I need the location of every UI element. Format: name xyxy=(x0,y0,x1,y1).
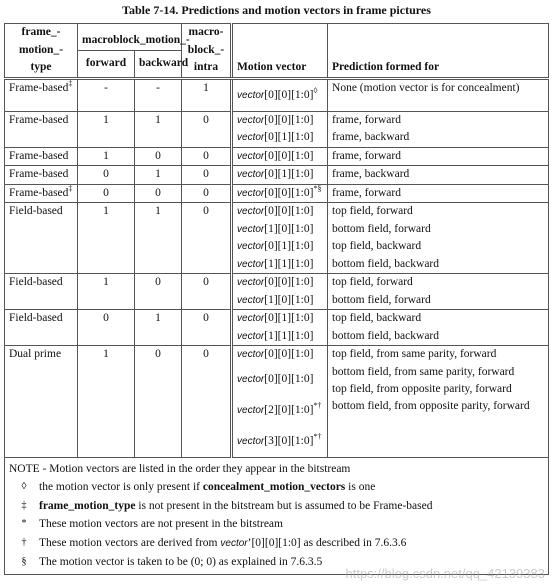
cell-forward: 0 xyxy=(78,310,135,346)
motion-vector-entry: vector[0][0][1:0]◊ xyxy=(237,80,323,111)
cell-motion-vector: vector[0][1][1:0]vector[1][1][1:0] xyxy=(232,310,328,346)
table-row: Field-based010vector[0][1][1:0]vector[1]… xyxy=(5,310,549,346)
footnote-symbol: ‡ xyxy=(9,497,39,516)
motion-vector-entry: vector[0][1][1:0] xyxy=(237,238,323,256)
footnote-marker: *† xyxy=(313,401,321,410)
cell-intra: 0 xyxy=(182,274,232,310)
cell-frame-motion-type: Frame-based xyxy=(5,166,78,185)
header-forward: forward xyxy=(78,50,135,78)
cell-backward: 1 xyxy=(135,310,182,346)
cell-frame-motion-type: Frame-based xyxy=(5,147,78,166)
cell-intra: 0 xyxy=(182,111,232,147)
cell-prediction: top field, forwardbottom field, forward xyxy=(328,274,549,310)
cell-prediction: top field, forwardbottom field, forwardt… xyxy=(328,203,549,274)
cell-backward: 0 xyxy=(135,147,182,166)
notes-section: NOTE - Motion vectors are listed in the … xyxy=(5,457,549,574)
footnote-item: ‡frame_motion_type is not present in the… xyxy=(9,497,544,516)
prediction-entry: None (motion vector is for concealment) xyxy=(332,80,544,97)
footnote-symbol: † xyxy=(9,534,39,554)
cell-prediction: None (motion vector is for concealment) xyxy=(328,78,549,111)
header-macroblock-intra: macro- block_- intra xyxy=(182,24,232,79)
cell-motion-vector: vector[0][0][1:0] xyxy=(232,147,328,166)
cell-motion-vector: vector[0][0][1:0]vector[1][0][1:0] xyxy=(232,274,328,310)
table-title: Table 7-14. Predictions and motion vecto… xyxy=(0,3,553,18)
footnote-marker: ‡ xyxy=(68,184,72,193)
cell-frame-motion-type: Field-based xyxy=(5,310,78,346)
footnote-marker: ◊ xyxy=(313,86,317,95)
cell-intra: 0 xyxy=(182,184,232,203)
cell-frame-motion-type: Field-based xyxy=(5,203,78,274)
table-row: Dual prime100vector[0][0][1:0]vector[0][… xyxy=(5,346,549,458)
footnote-item: *These motion vectors are not present in… xyxy=(9,515,544,534)
footnote-item: ◊the motion vector is only present if co… xyxy=(9,478,544,497)
table-row: Field-based100vector[0][0][1:0]vector[1]… xyxy=(5,274,549,310)
motion-vector-entry: vector[0][0][1:0] xyxy=(237,346,323,364)
cell-forward: 1 xyxy=(78,346,135,458)
footnote-symbol: ◊ xyxy=(9,478,39,497)
cell-intra: 0 xyxy=(182,346,232,458)
prediction-entry: top field, backward xyxy=(332,238,544,256)
cell-forward: 1 xyxy=(78,274,135,310)
motion-vector-entry: vector[0][0][1:0] xyxy=(237,364,323,395)
footnote-item: †These motion vectors are derived from v… xyxy=(9,534,544,554)
cell-intra: 1 xyxy=(182,78,232,111)
cell-frame-motion-type: Field-based xyxy=(5,274,78,310)
predictions-table: frame_- motion_- type macroblock_motion_… xyxy=(4,23,549,575)
table-row: Frame-based110vector[0][0][1:0]vector[0]… xyxy=(5,111,549,147)
table-row: Frame-based010vector[0][1][1:0]frame, ba… xyxy=(5,166,549,185)
footnote-symbol: * xyxy=(9,515,39,534)
header-motion-vector: Motion vector xyxy=(232,24,328,79)
prediction-entry: top field, from same parity, forward xyxy=(332,346,544,364)
cell-backward: 0 xyxy=(135,184,182,203)
cell-backward: 0 xyxy=(135,274,182,310)
header-macroblock-motion: macroblock_motion_- xyxy=(78,24,182,51)
cell-intra: 0 xyxy=(182,310,232,346)
cell-prediction: frame, forward xyxy=(328,184,549,203)
prediction-entry: frame, forward xyxy=(332,112,544,130)
prediction-entry: top field, from opposite parity, forward xyxy=(332,381,544,398)
prediction-entry: bottom field, from same parity, forward xyxy=(332,364,544,381)
motion-vector-entry: vector[0][0][1:0] xyxy=(237,148,323,166)
motion-vector-entry: vector[0][0][1:0] xyxy=(237,112,323,130)
cell-backward: 1 xyxy=(135,203,182,274)
header-prediction: Prediction formed for xyxy=(328,24,549,79)
cell-motion-vector: vector[0][0][1:0]vector[0][1][1:0] xyxy=(232,111,328,147)
cell-prediction: top field, from same parity, forwardbott… xyxy=(328,346,549,458)
cell-backward: 0 xyxy=(135,346,182,458)
cell-intra: 0 xyxy=(182,147,232,166)
footnote-marker: *§ xyxy=(313,184,321,193)
cell-frame-motion-type: Dual prime xyxy=(5,346,78,458)
cell-forward: 0 xyxy=(78,166,135,185)
cell-prediction: top field, backwardbottom field, backwar… xyxy=(328,310,549,346)
cell-backward: 1 xyxy=(135,166,182,185)
motion-vector-entry: vector[1][1][1:0] xyxy=(237,256,323,274)
motion-vector-entry: vector[0][1][1:0] xyxy=(237,310,323,328)
prediction-entry: frame, forward xyxy=(332,185,544,203)
motion-vector-entry: vector[0][1][1:0] xyxy=(237,129,323,147)
cell-frame-motion-type: Frame-based‡ xyxy=(5,184,78,203)
header-backward: backward xyxy=(135,50,182,78)
cell-prediction: frame, backward xyxy=(328,166,549,185)
cell-frame-motion-type: Frame-based‡ xyxy=(5,78,78,111)
motion-vector-entry: vector[0][0][1:0]*§ xyxy=(237,185,323,203)
motion-vector-entry: vector[0][1][1:0] xyxy=(237,166,323,184)
cell-forward: 1 xyxy=(78,203,135,274)
cell-motion-vector: vector[0][0][1:0]◊ xyxy=(232,78,328,111)
table-row: Frame-based100vector[0][0][1:0]frame, fo… xyxy=(5,147,549,166)
prediction-entry: top field, forward xyxy=(332,274,544,292)
motion-vector-entry: vector[1][1][1:0] xyxy=(237,328,323,346)
prediction-entry: frame, backward xyxy=(332,166,544,184)
cell-forward: 0 xyxy=(78,184,135,203)
prediction-entry: bottom field, forward xyxy=(332,221,544,239)
cell-frame-motion-type: Frame-based xyxy=(5,111,78,147)
prediction-entry: top field, backward xyxy=(332,310,544,328)
table-row: Frame-based‡000vector[0][0][1:0]*§frame,… xyxy=(5,184,549,203)
footnote-symbol: § xyxy=(9,553,39,572)
cell-motion-vector: vector[0][0][1:0]vector[0][0][1:0]vector… xyxy=(232,346,328,458)
watermark: https://blog.csdn.net/qq_42139383 xyxy=(346,566,546,581)
prediction-entry: bottom field, forward xyxy=(332,292,544,310)
prediction-entry: frame, forward xyxy=(332,148,544,166)
table-row: Frame-based‡--1vector[0][0][1:0]◊None (m… xyxy=(5,78,549,111)
motion-vector-entry: vector[0][0][1:0] xyxy=(237,203,323,221)
prediction-entry: bottom field, backward xyxy=(332,256,544,274)
cell-backward: 1 xyxy=(135,111,182,147)
cell-intra: 0 xyxy=(182,166,232,185)
cell-prediction: frame, forwardframe, backward xyxy=(328,111,549,147)
prediction-entry: top field, forward xyxy=(332,203,544,221)
note-heading: NOTE - Motion vectors are listed in the … xyxy=(9,460,544,479)
cell-backward: - xyxy=(135,78,182,111)
footnote-marker: *† xyxy=(313,432,321,441)
cell-motion-vector: vector[0][0][1:0]*§ xyxy=(232,184,328,203)
cell-forward: - xyxy=(78,78,135,111)
cell-prediction: frame, forward xyxy=(328,147,549,166)
motion-vector-entry: vector[1][0][1:0] xyxy=(237,292,323,310)
motion-vector-entry: vector[0][0][1:0] xyxy=(237,274,323,292)
prediction-entry: frame, backward xyxy=(332,129,544,147)
header-frame-motion-type: frame_- motion_- type xyxy=(5,24,78,79)
table-row: Field-based110vector[0][0][1:0]vector[1]… xyxy=(5,203,549,274)
cell-forward: 1 xyxy=(78,111,135,147)
motion-vector-entry: vector[2][0][1:0]*† xyxy=(237,395,323,426)
cell-forward: 1 xyxy=(78,147,135,166)
cell-motion-vector: vector[0][1][1:0] xyxy=(232,166,328,185)
motion-vector-entry: vector[1][0][1:0] xyxy=(237,221,323,239)
prediction-entry: bottom field, from opposite parity, forw… xyxy=(332,398,544,415)
footnote-marker: ‡ xyxy=(68,79,72,88)
motion-vector-entry: vector[3][0][1:0]*† xyxy=(237,426,323,457)
cell-motion-vector: vector[0][0][1:0]vector[1][0][1:0]vector… xyxy=(232,203,328,274)
prediction-entry: bottom field, backward xyxy=(332,328,544,346)
cell-intra: 0 xyxy=(182,203,232,274)
